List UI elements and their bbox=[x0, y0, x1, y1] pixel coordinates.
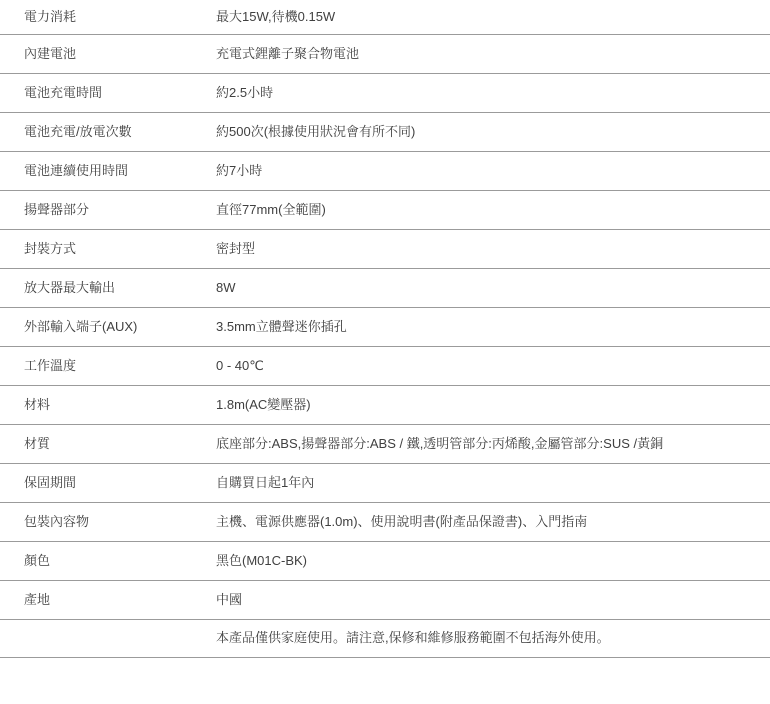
spec-row-value: 1.8m(AC變壓器) bbox=[216, 396, 770, 414]
spec-row: 電力消耗最大15W,待機0.15W bbox=[0, 0, 770, 35]
spec-row-label: 包裝內容物 bbox=[0, 513, 216, 531]
spec-row-label: 保固期間 bbox=[0, 474, 216, 492]
spec-row-label: 封裝方式 bbox=[0, 240, 216, 258]
spec-row: 材質底座部分:ABS,揚聲器部分:ABS / 鐵,透明管部分:丙烯酸,金屬管部分… bbox=[0, 425, 770, 464]
spec-row-value: 3.5mm立體聲迷你插孔 bbox=[216, 318, 770, 336]
spec-row-value: 8W bbox=[216, 279, 770, 297]
spec-row-value: 直徑77mm(全範圍) bbox=[216, 201, 770, 219]
spec-row-label: 電池充電時間 bbox=[0, 84, 216, 102]
spec-row-label: 材料 bbox=[0, 396, 216, 414]
spec-row-value: 主機、電源供應器(1.0m)、使用說明書(附產品保證書)、入門指南 bbox=[216, 513, 770, 531]
spec-row-value: 自購買日起1年內 bbox=[216, 474, 770, 492]
spec-row: 封裝方式密封型 bbox=[0, 230, 770, 269]
spec-row-label: 電池連續使用時間 bbox=[0, 162, 216, 180]
spec-row-value: 中國 bbox=[216, 591, 770, 609]
spec-row-label: 揚聲器部分 bbox=[0, 201, 216, 219]
spec-row-label: 放大器最大輸出 bbox=[0, 279, 216, 297]
spec-row-label: 顏色 bbox=[0, 552, 216, 570]
spec-row: 電池充電時間約2.5小時 bbox=[0, 74, 770, 113]
spec-row-label: 外部輸入端子(AUX) bbox=[0, 318, 216, 336]
spec-row-value: 底座部分:ABS,揚聲器部分:ABS / 鐵,透明管部分:丙烯酸,金屬管部分:S… bbox=[216, 435, 770, 453]
spec-row: 顏色黑色(M01C-BK) bbox=[0, 542, 770, 581]
spec-row-value: 本產品僅供家庭使用。請注意,保修和維修服務範圍不包括海外使用。 bbox=[216, 629, 770, 647]
spec-row: 內建電池充電式鋰離子聚合物電池 bbox=[0, 35, 770, 74]
spec-row: 電池充電/放電次數約500次(根據使用狀況會有所不同) bbox=[0, 113, 770, 152]
spec-row-label: 材質 bbox=[0, 435, 216, 453]
spec-row: 材料1.8m(AC變壓器) bbox=[0, 386, 770, 425]
spec-row: 包裝內容物主機、電源供應器(1.0m)、使用說明書(附產品保證書)、入門指南 bbox=[0, 503, 770, 542]
spec-row: 產地中國 bbox=[0, 581, 770, 620]
spec-row: 保固期間自購買日起1年內 bbox=[0, 464, 770, 503]
spec-row-value: 密封型 bbox=[216, 240, 770, 258]
spec-row-value: 0 - 40℃ bbox=[216, 357, 770, 375]
spec-row-value: 黑色(M01C-BK) bbox=[216, 552, 770, 570]
spec-row: 放大器最大輸出8W bbox=[0, 269, 770, 308]
spec-row-label: 產地 bbox=[0, 591, 216, 609]
spec-row: 本產品僅供家庭使用。請注意,保修和維修服務範圍不包括海外使用。 bbox=[0, 620, 770, 658]
spec-row: 電池連續使用時間約7小時 bbox=[0, 152, 770, 191]
spec-row: 外部輸入端子(AUX)3.5mm立體聲迷你插孔 bbox=[0, 308, 770, 347]
spec-row-label: 電力消耗 bbox=[0, 8, 216, 26]
spec-table: 電力消耗最大15W,待機0.15W內建電池充電式鋰離子聚合物電池電池充電時間約2… bbox=[0, 0, 770, 658]
spec-row-label: 電池充電/放電次數 bbox=[0, 123, 216, 141]
spec-row: 揚聲器部分直徑77mm(全範圍) bbox=[0, 191, 770, 230]
spec-row-label: 內建電池 bbox=[0, 45, 216, 63]
spec-row-value: 充電式鋰離子聚合物電池 bbox=[216, 45, 770, 63]
spec-row-label: 工作溫度 bbox=[0, 357, 216, 375]
spec-row-value: 約2.5小時 bbox=[216, 84, 770, 102]
spec-row: 工作溫度0 - 40℃ bbox=[0, 347, 770, 386]
spec-row-value: 約500次(根據使用狀況會有所不同) bbox=[216, 123, 770, 141]
spec-row-value: 約7小時 bbox=[216, 162, 770, 180]
spec-row-value: 最大15W,待機0.15W bbox=[216, 8, 770, 26]
